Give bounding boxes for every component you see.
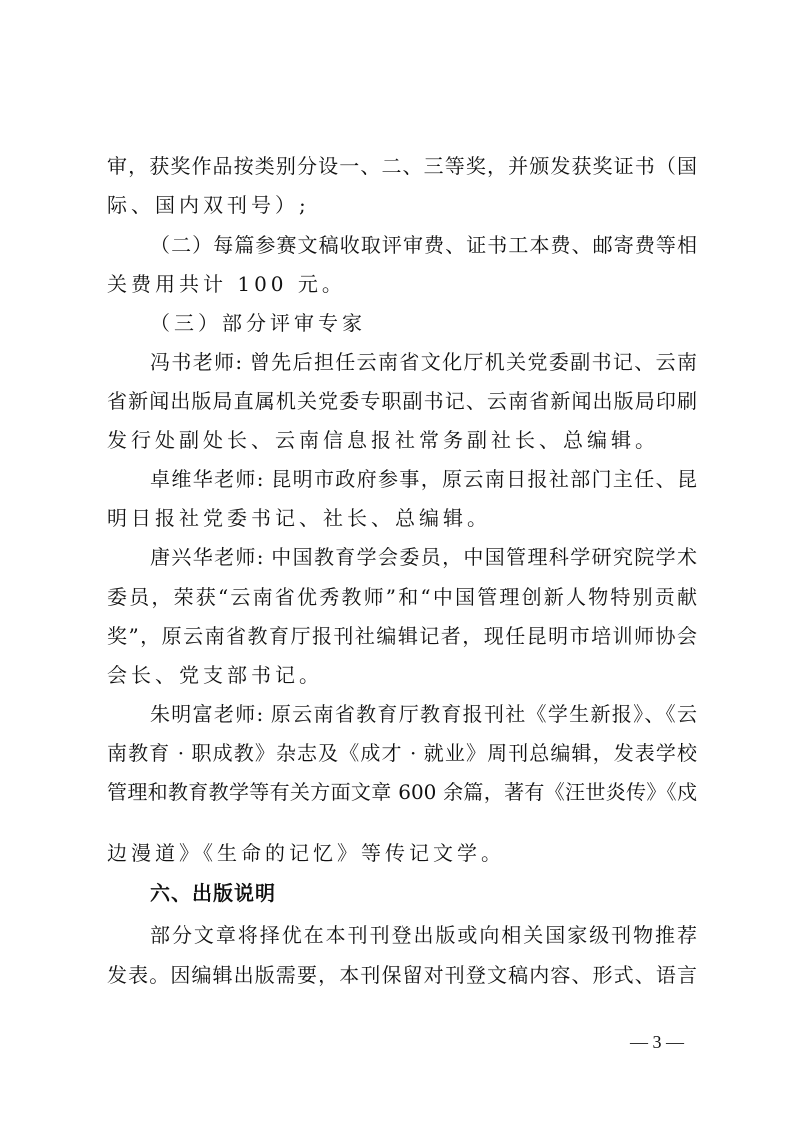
subsection-fees-line-1: （二）每篇参赛文稿收取评审费、证书工本费、邮寄费等相 xyxy=(150,230,697,260)
expert-tang-line-4: 会长、党支部书记。 xyxy=(107,660,697,690)
expert-zhuo-line-2: 明日报社党委书记、社长、总编辑。 xyxy=(107,503,697,533)
expert-feng-line-3: 发行处副处长、云南信息报社常务副社长、总编辑。 xyxy=(107,425,697,455)
expert-zhu-line-1: 朱明富老师: 原云南省教育厅教育报刊社《学生新报》、《云 xyxy=(150,699,697,729)
expert-feng-line-1: 冯书老师: 曾先后担任云南省文化厅机关党委副书记、云南 xyxy=(150,347,697,377)
expert-tang-line-2: 委员，荣获“云南省优秀教师”和“中国管理创新人物特别贡献 xyxy=(107,582,697,612)
body-line-1: 审，获奖作品按类别分设一、二、三等奖，并颁发获奖证书（国 xyxy=(107,151,697,181)
body-line-2: 际、国内双刊号）; xyxy=(107,190,697,220)
expert-feng-line-2: 省新闻出版局直属机关党委专职副书记、云南省新闻出版局印刷 xyxy=(107,386,697,416)
expert-zhu-line-3: 管理和教育教学等有关方面文章 600 余篇，著有《汪世炎传》《戍 xyxy=(107,777,697,807)
expert-zhu-line-2: 南教育 · 职成教》杂志及《成才 · 就业》周刊总编辑，发表学校 xyxy=(107,738,697,768)
document-page: 审，获奖作品按类别分设一、二、三等奖，并颁发获奖证书（国 际、国内双刊号）; （… xyxy=(0,0,800,1131)
expert-tang-line-3: 奖”，原云南省教育厅报刊社编辑记者，现任昆明市培训师协会 xyxy=(107,621,697,651)
expert-zhu-line-4: 边漫道》《生命的记忆》等传记文学。 xyxy=(107,838,697,868)
subsection-fees-line-2: 关费用共计 100 元。 xyxy=(107,269,697,299)
publishing-line-1: 部分文章将择优在本刊刊登出版或向相关国家级刊物推荐 xyxy=(150,920,697,950)
expert-zhuo-line-1: 卓维华老师: 昆明市政府参事，原云南日报社部门主任、昆 xyxy=(150,464,697,494)
section-heading-publishing: 六、出版说明 xyxy=(150,878,697,908)
page-number: — 3 — xyxy=(630,1030,684,1054)
subsection-experts-title: （三）部分评审专家 xyxy=(150,308,697,338)
publishing-line-2: 发表。因编辑出版需要，本刊保留对刊登文稿内容、形式、语言 xyxy=(107,960,697,990)
expert-tang-line-1: 唐兴华老师: 中国教育学会委员，中国管理科学研究院学术 xyxy=(150,542,697,572)
